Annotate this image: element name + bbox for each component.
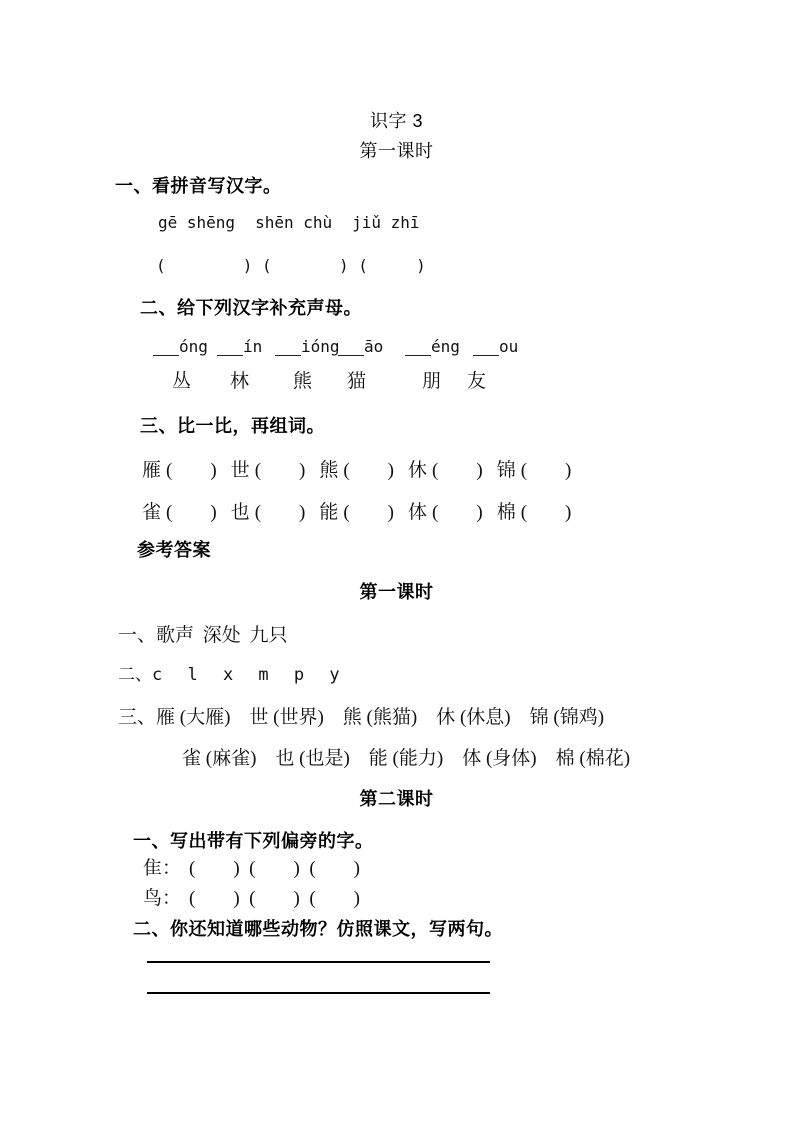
- initial-blank-line: [153, 337, 179, 356]
- radical-row-niao: 鸟：( ) ( ) ( ): [143, 883, 360, 910]
- initial-blank-line: [473, 337, 499, 356]
- final-item: éng: [405, 337, 460, 356]
- pair-blank: ( ): [343, 460, 394, 481]
- writing-line-1: [147, 961, 490, 963]
- answers-lesson1-heading: 第一课时: [0, 578, 793, 604]
- compare-pair: 锦( ): [497, 455, 572, 482]
- compare-pair: 能( ): [319, 497, 394, 524]
- pinyin-item: gē shēng: [158, 213, 235, 232]
- final-text: óng: [179, 337, 208, 356]
- pair-blank: ( ): [521, 460, 572, 481]
- hanzi: 林: [230, 366, 249, 393]
- answer-line-3b: 雀 (麻雀) 也 (也是) 能 (能力) 体 (身体) 棉 (棉花): [182, 743, 630, 770]
- final-text: éng: [431, 337, 460, 356]
- initial-blank-line: [275, 337, 301, 356]
- q3-row1: 雁( ) 世( ) 熊( ) 休( ) 锦( ): [142, 455, 571, 482]
- final-text: ín: [243, 337, 262, 356]
- compare-pair: 休( ): [408, 455, 483, 482]
- initial-blank-line: [217, 337, 243, 356]
- compare-pair: 世( ): [231, 455, 306, 482]
- radical-row-zhui: 隹：( ) ( ) ( ): [143, 853, 360, 880]
- p2-q1-heading: 一、写出带有下列偏旁的字。: [133, 827, 374, 853]
- hanzi: 猫: [347, 366, 366, 393]
- final-item: ou: [473, 337, 518, 356]
- doc-title: 识字 3: [0, 107, 793, 133]
- q2-heading: 二、给下列汉字补充声母。: [140, 294, 362, 320]
- pair-blank: ( ): [255, 460, 306, 481]
- pair-char: 雁: [142, 460, 161, 481]
- initial-blank-line: [405, 337, 431, 356]
- hanzi: 熊: [293, 366, 312, 393]
- final-item: óng: [153, 337, 208, 356]
- pair-blank: ( ): [166, 502, 217, 523]
- compare-pair: 熊( ): [319, 455, 394, 482]
- final-text: ou: [499, 337, 518, 356]
- compare-pair: 棉( ): [497, 497, 572, 524]
- hanzi: 丛: [172, 366, 191, 393]
- pair-blank: ( ): [432, 460, 483, 481]
- lesson1-heading: 第一课时: [0, 137, 793, 163]
- pair-char: 体: [408, 502, 427, 523]
- pair-blank: ( ): [255, 502, 306, 523]
- answers-heading: 参考答案: [137, 536, 211, 562]
- compare-pair: 雀( ): [142, 497, 217, 524]
- pair-char: 锦: [497, 460, 516, 481]
- q1-heading: 一、看拼音写汉字。: [115, 172, 282, 198]
- radical-blanks: ( ) ( ) ( ): [189, 883, 360, 910]
- compare-pair: 也( ): [231, 497, 306, 524]
- pair-char: 棉: [497, 502, 516, 523]
- answer-line-2: 二、c l x m p y: [118, 660, 340, 685]
- pinyin-item: jiǔ zhī: [352, 213, 419, 232]
- final-item: ín: [217, 337, 262, 356]
- q1-answer-blanks: ( ) ( ) ( ): [156, 256, 426, 275]
- pair-char: 能: [319, 502, 338, 523]
- answer-line-3a: 三、雁 (大雁) 世 (世界) 熊 (熊猫) 休 (休息) 锦 (锦鸡): [118, 702, 604, 729]
- answers-lesson2-heading: 第二课时: [0, 785, 793, 811]
- compare-pair: 雁( ): [142, 455, 217, 482]
- answer-line-1: 一、歌声 深处 九只: [118, 620, 288, 647]
- pair-blank: ( ): [432, 502, 483, 523]
- pair-char: 世: [231, 460, 250, 481]
- pair-char: 也: [231, 502, 250, 523]
- pair-char: 休: [408, 460, 427, 481]
- pair-char: 熊: [319, 460, 338, 481]
- compare-pair: 体( ): [408, 497, 483, 524]
- worksheet-page: 识字 3 第一课时 一、看拼音写汉字。 gē shēng shēn chù ji…: [0, 0, 793, 1122]
- q2-finals-row: óng ín ióng āo éng ou: [0, 332, 793, 356]
- pair-blank: ( ): [166, 460, 217, 481]
- p2-q2-heading: 二、你还知道哪些动物？仿照课文，写两句。: [133, 915, 503, 941]
- pair-blank: ( ): [343, 502, 394, 523]
- q3-heading: 三、比一比，再组词。: [140, 412, 325, 438]
- final-text: āo: [364, 337, 383, 356]
- final-text: ióng: [301, 337, 340, 356]
- pair-char: 雀: [142, 502, 161, 523]
- q1-pinyin-row: gē shēng shēn chù jiǔ zhī: [158, 213, 420, 232]
- pair-blank: ( ): [521, 502, 572, 523]
- final-item: āo: [338, 337, 383, 356]
- final-item: ióng: [275, 337, 340, 356]
- hanzi: 友: [467, 366, 486, 393]
- pinyin-item: shēn chù: [255, 213, 332, 232]
- radical-blanks: ( ) ( ) ( ): [189, 853, 360, 880]
- q2-characters-row: 丛 林 熊 猫 朋 友: [0, 366, 793, 390]
- radical-label: 隹：: [143, 853, 181, 880]
- q3-row2: 雀( ) 也( ) 能( ) 体( ) 棉( ): [142, 497, 571, 524]
- hanzi: 朋: [422, 366, 441, 393]
- initial-blank-line: [338, 337, 364, 356]
- writing-line-2: [147, 992, 490, 994]
- radical-label: 鸟：: [143, 883, 181, 910]
